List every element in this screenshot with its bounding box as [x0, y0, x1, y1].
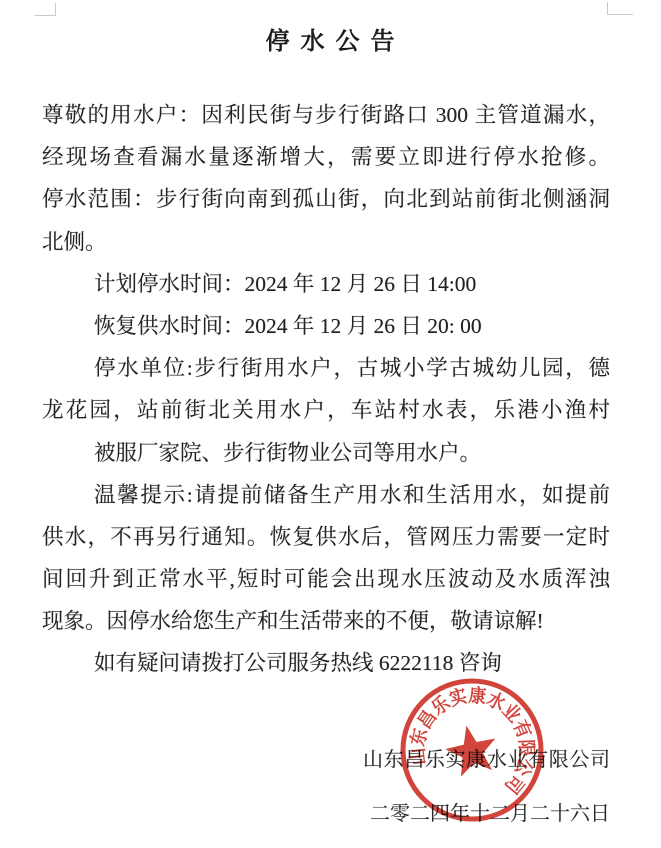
water-outage-notice-page: 停 水 公 告 尊敬的用水户：因利民街与步行街路口 300 主管道漏水， 经现场… — [0, 0, 661, 848]
body-line: 间回升到正常水平,短时可能会出现水压波动及水质浑浊 — [42, 558, 610, 600]
body-line-restore-time: 恢复供水时间：2024 年 12 月 26 日 20: 00 — [42, 305, 610, 347]
text-boundary-mark-left — [35, 3, 56, 16]
body-line: 尊敬的用水户：因利民街与步行街路口 300 主管道漏水， — [42, 94, 610, 136]
notice-body: 尊敬的用水户：因利民街与步行街路口 300 主管道漏水， 经现场查看漏水量逐渐增… — [42, 94, 610, 685]
text-boundary-mark-right — [607, 2, 633, 15]
seal-star-icon — [441, 720, 501, 778]
body-line-planned-time: 计划停水时间：2024 年 12 月 26 日 14:00 — [42, 263, 610, 305]
body-line: 龙花园，站前街北关用水户，车站村水表，乐港小渔村 — [42, 389, 610, 431]
body-line: 停水范围：步行街向南到孤山街，向北到站前街北侧涵洞 — [42, 178, 610, 220]
body-line: 供水，不再另行通知。恢复供水后，管网压力需要一定时 — [42, 516, 610, 558]
company-seal: 山东昌乐实康水业有限公司 — [389, 668, 557, 834]
body-line: 停水单位:步行街用水户，古城小学古城幼儿园，德 — [42, 347, 610, 389]
body-line: 温馨提示:请提前储备生产用水和生活用水，如提前 — [42, 474, 610, 516]
body-line: 被服厂家院、步行街物业公司等用水户。 — [42, 432, 610, 474]
body-line: 北侧。 — [42, 221, 610, 263]
body-line: 经现场查看漏水量逐渐增大，需要立即进行停水抢修。 — [42, 136, 610, 178]
body-line: 现象。因停水给您生产和生活带来的不便，敬请谅解! — [42, 600, 610, 642]
notice-title: 停 水 公 告 — [0, 21, 661, 56]
